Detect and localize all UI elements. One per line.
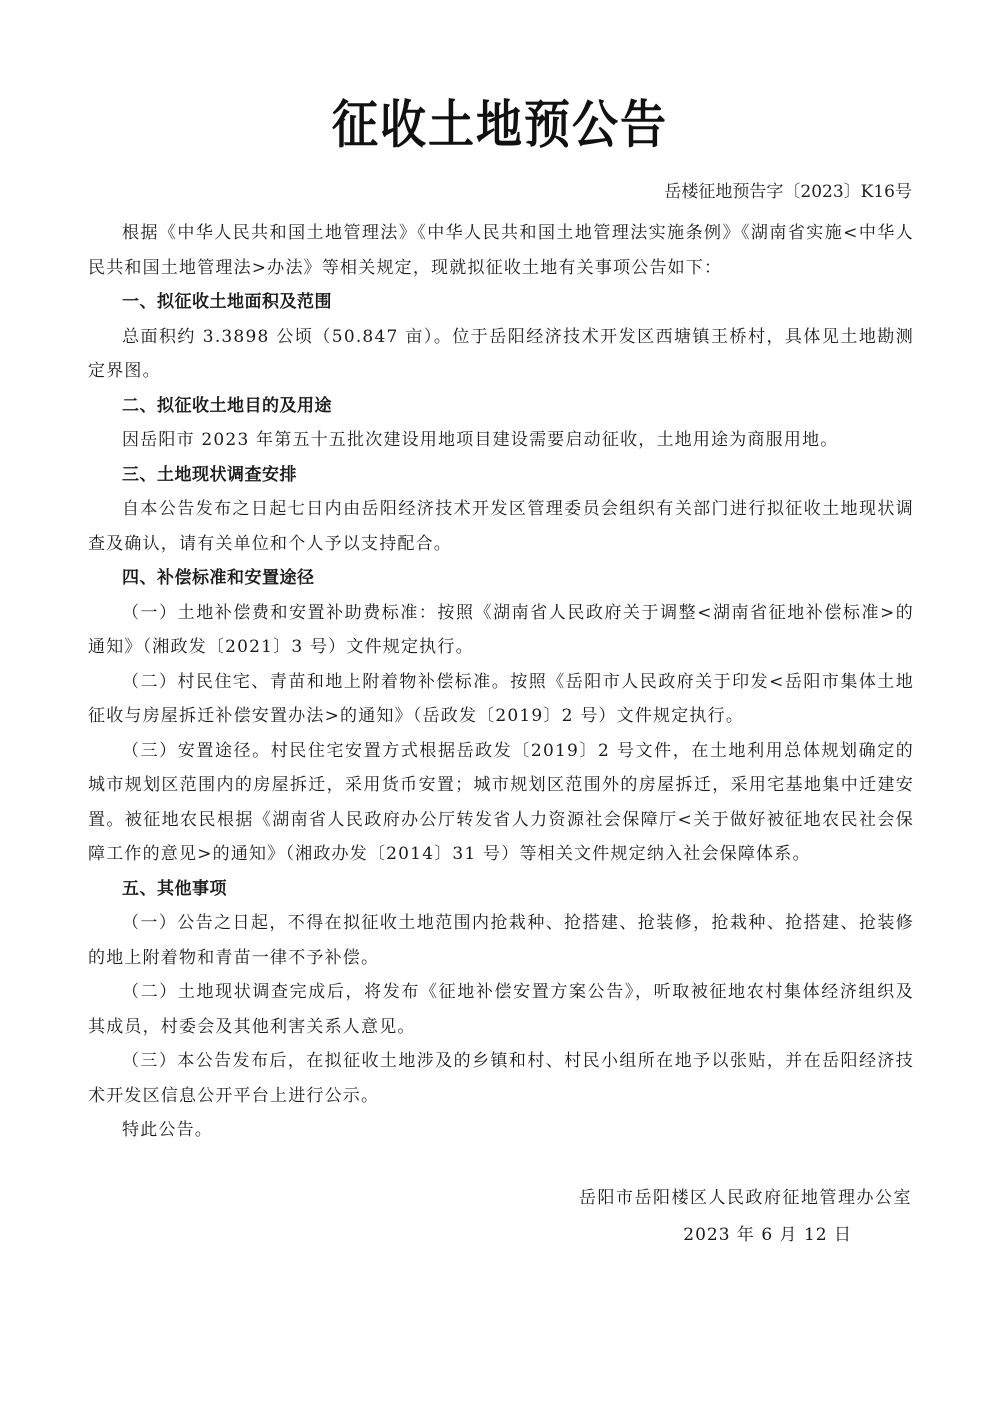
section-4-paragraph-2: （二）村民住宅、青苗和地上附着物补偿标准。按照《岳阳市人民政府关于印发<岳阳市集… [88, 665, 914, 734]
section-heading-3: 三、土地现状调查安排 [88, 458, 914, 493]
section-5-paragraph-3: （三）本公告发布后，在拟征收土地涉及的乡镇和村、村民小组所在地予以张贴，并在岳阳… [88, 1044, 914, 1113]
section-4-paragraph-1: （一）土地补偿费和安置补助费标准：按照《湖南省人民政府关于调整<湖南省征地补偿标… [88, 596, 914, 665]
document-page: 征收土地预公告 岳楼征地预告字〔2023〕K16号 根据《中华人民共和国土地管理… [0, 0, 1000, 1414]
section-heading-2: 二、拟征收土地目的及用途 [88, 389, 914, 424]
document-number: 岳楼征地预告字〔2023〕K16号 [664, 177, 912, 202]
issue-date: 2023 年 6 月 12 日 [683, 1220, 852, 1245]
section-4-paragraph-3: （三）安置途径。村民住宅安置方式根据岳政发〔2019〕2 号文件，在土地利用总体… [88, 734, 914, 872]
section-3-paragraph-1: 自本公告发布之日起七日内由岳阳经济技术开发区管理委员会组织有关部门进行拟征收土地… [88, 492, 914, 561]
document-body: 根据《中华人民共和国土地管理法》《中华人民共和国土地管理法实施条例》《湖南省实施… [88, 216, 914, 1148]
section-1-paragraph-1: 总面积约 3.3898 公顷（50.847 亩）。位于岳阳经济技术开发区西塘镇王… [88, 320, 914, 389]
document-title: 征收土地预公告 [0, 84, 1000, 158]
section-5-paragraph-1: （一）公告之日起，不得在拟征收土地范围内抢栽种、抢搭建、抢装修，抢栽种、抢搭建、… [88, 906, 914, 975]
section-heading-5: 五、其他事项 [88, 872, 914, 907]
issuer-signature: 岳阳市岳阳楼区人民政府征地管理办公室 [579, 1183, 912, 1208]
section-2-paragraph-1: 因岳阳市 2023 年第五十五批次建设用地项目建设需要启动征收，土地用途为商服用… [88, 423, 914, 458]
section-5-paragraph-2: （二）土地现状调查完成后，将发布《征地补偿安置方案公告》，听取被征地农村集体经济… [88, 975, 914, 1044]
intro-paragraph: 根据《中华人民共和国土地管理法》《中华人民共和国土地管理法实施条例》《湖南省实施… [88, 216, 914, 285]
section-heading-1: 一、拟征收土地面积及范围 [88, 285, 914, 320]
closing-statement: 特此公告。 [88, 1113, 914, 1148]
section-heading-4: 四、补偿标准和安置途径 [88, 561, 914, 596]
